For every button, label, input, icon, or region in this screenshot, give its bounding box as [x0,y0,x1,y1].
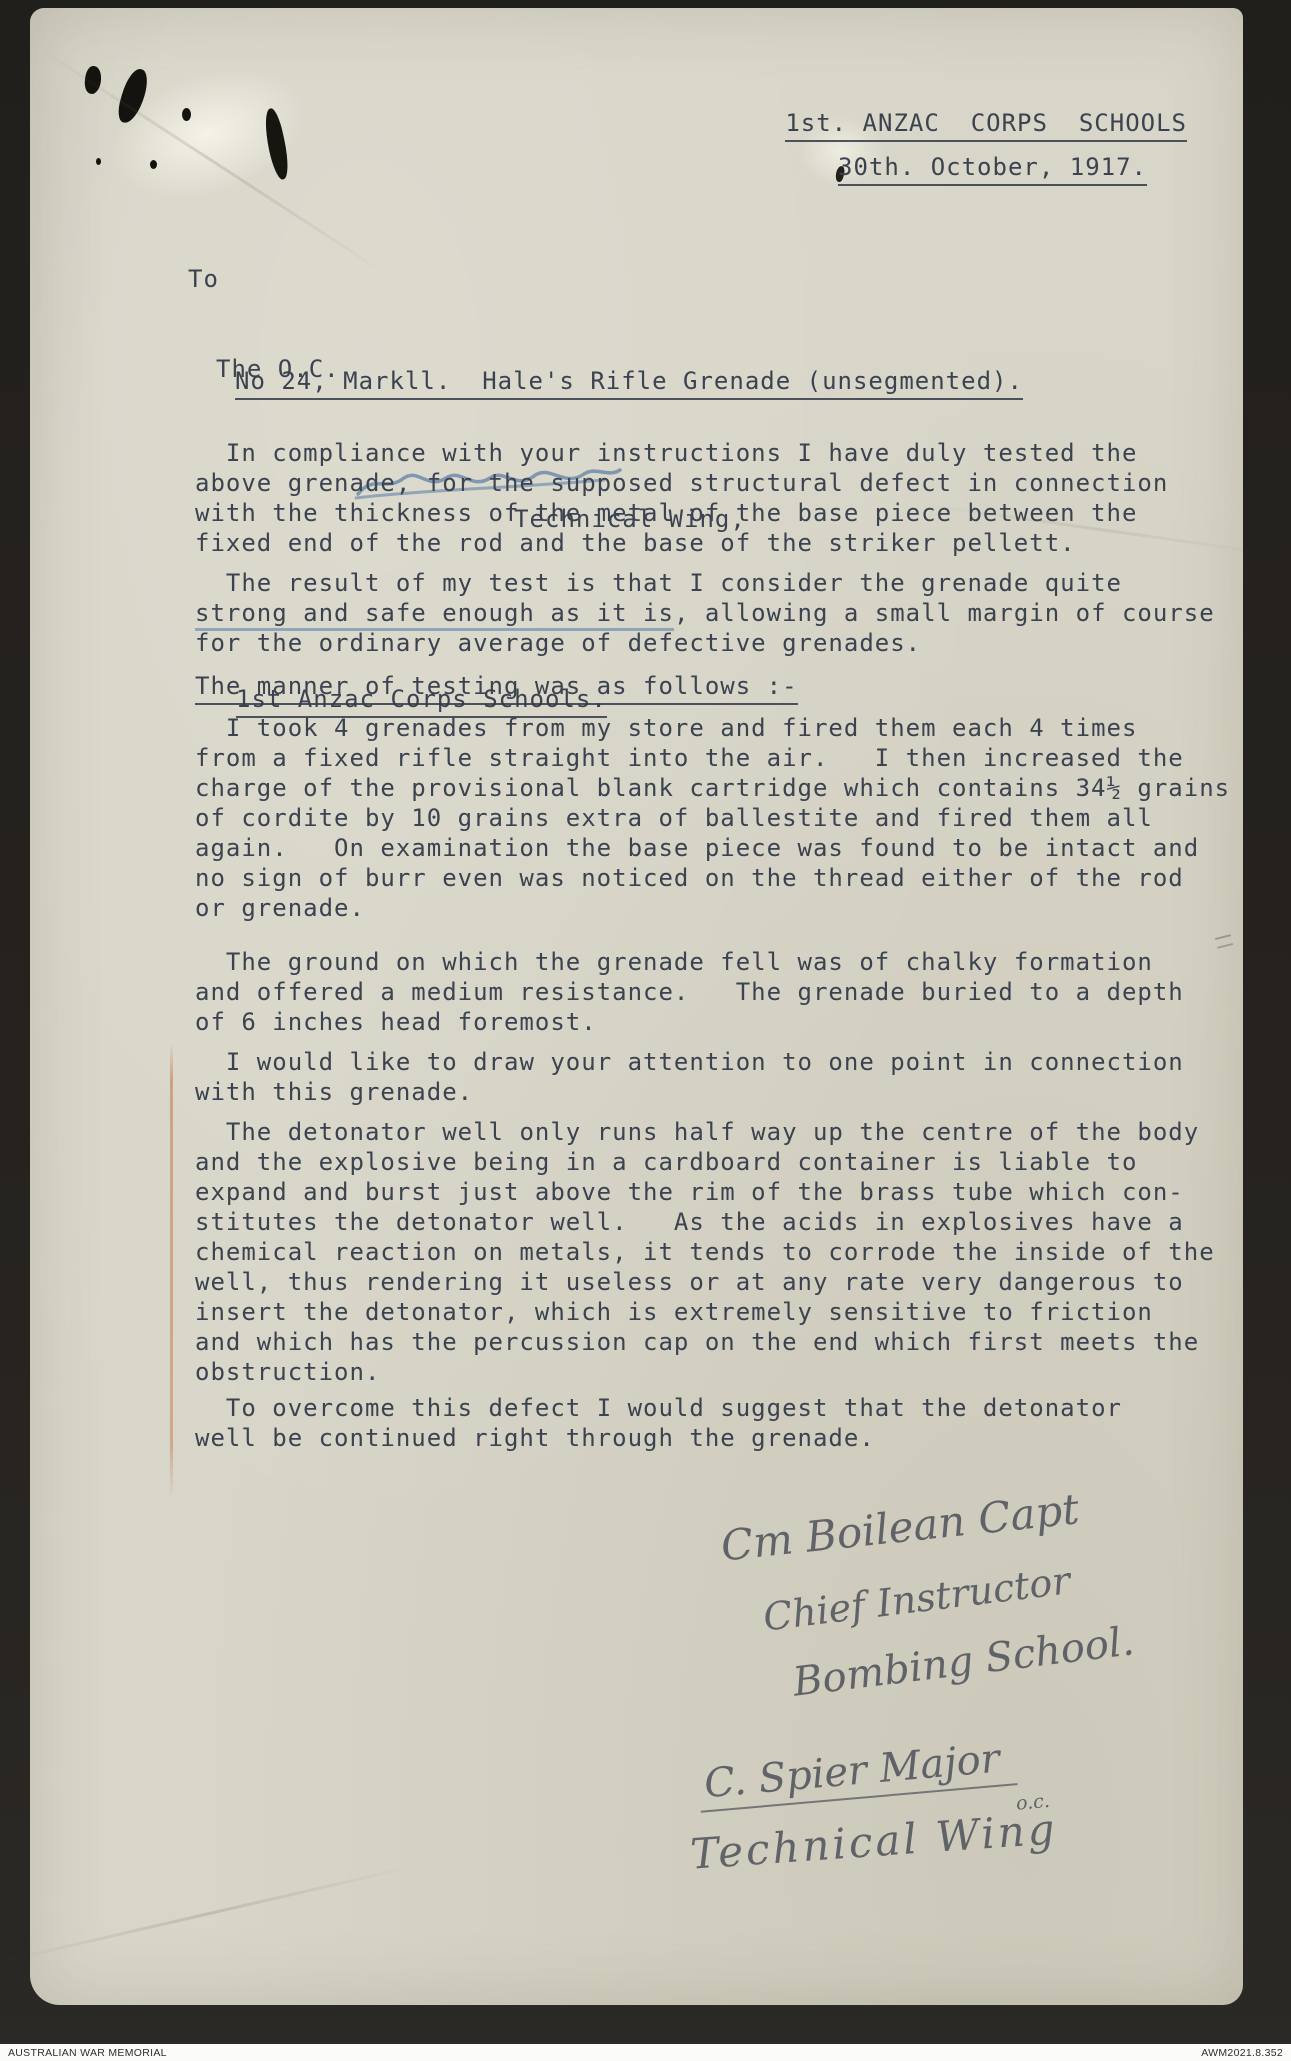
red-pencil-margin-line [170,1043,173,1498]
signature-name: C. Spier Major [696,1734,1018,1813]
paragraph-result: The result of my test is that I consider… [195,568,1253,658]
signature-unit: Bombing School. [790,1618,1136,1705]
paragraph-attention: I would like to draw your attention to o… [195,1047,1253,1107]
letterhead-org: 1st. ANZAC CORPS SCHOOLS [785,108,1187,142]
paper-damage-hole [182,108,191,121]
testing-heading: The manner of testing was as follows :- [195,671,798,705]
paper-tear-highlight [94,46,321,222]
archive-name: AUSTRALIAN WAR MEMORIAL [8,2047,167,2059]
paragraph-suggestion: To overcome this defect I would suggest … [195,1393,1253,1453]
address-to: To [188,264,746,294]
archive-footer: AUSTRALIAN WAR MEMORIAL AWM2021.8.352 [0,2044,1291,2061]
paragraph-ground: The ground on which the grenade fell was… [195,947,1253,1037]
signature-block-oc-technical-wing: C. Spier Major o.c. Technical Wing [698,1748,1058,1866]
letterhead: 1st. ANZAC CORPS SCHOOLS 30th. October, … [785,108,1187,186]
letter-page: 1st. ANZAC CORPS SCHOOLS 30th. October, … [30,8,1243,2005]
paper-damage-hole [96,158,101,165]
signature-block-chief-instructor: Cm Boilean Capt Chief Instructor Bombing… [720,1500,1135,1685]
letterhead-date: 30th. October, 1917. [838,152,1147,186]
archive-reference: AWM2021.8.352 [1201,2047,1283,2059]
paragraph-compliance: In compliance with your instructions I h… [195,438,1253,558]
signature-unit: Technical Wing [689,1804,1059,1879]
paragraph-test-procedure: I took 4 grenades from my store and fire… [195,713,1253,923]
paper-damage-hole [150,160,157,169]
letter-body: No 24, Markll. Hale's Rifle Grenade (uns… [195,366,1253,1453]
paper-crease [0,1865,415,1965]
paragraph-detonator-well: The detonator well only runs half way up… [195,1117,1253,1387]
scan-background: 1st. ANZAC CORPS SCHOOLS 30th. October, … [0,0,1291,2061]
subject-line: No 24, Markll. Hale's Rifle Grenade (uns… [235,366,1023,400]
pencil-underlined-phrase: strong and safe enough as it is [195,599,674,631]
